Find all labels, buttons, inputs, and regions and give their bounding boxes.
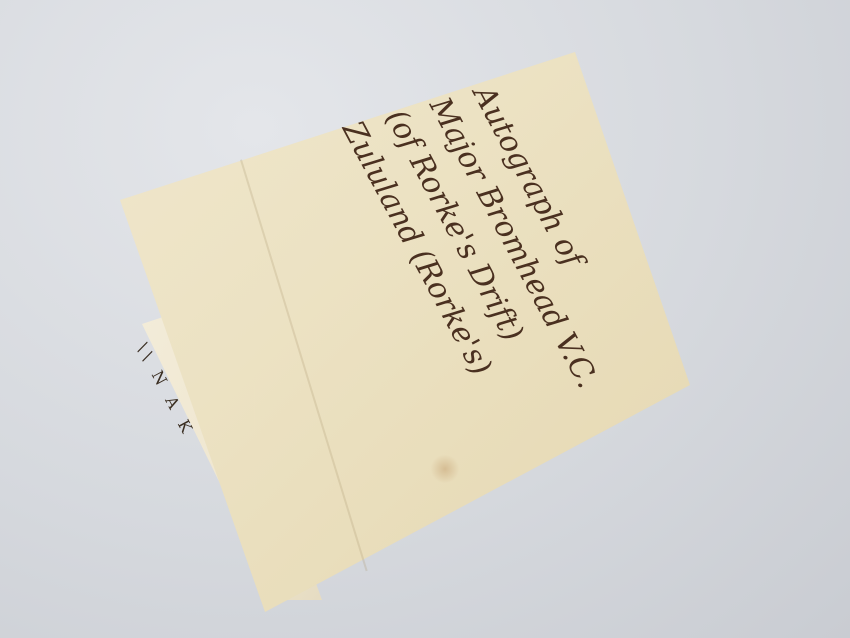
photo-scene: \\ N A K Autograph of Major Bromhead V.C… xyxy=(0,0,850,638)
front-paper-sheet xyxy=(0,0,850,638)
paper-stain xyxy=(430,455,460,483)
